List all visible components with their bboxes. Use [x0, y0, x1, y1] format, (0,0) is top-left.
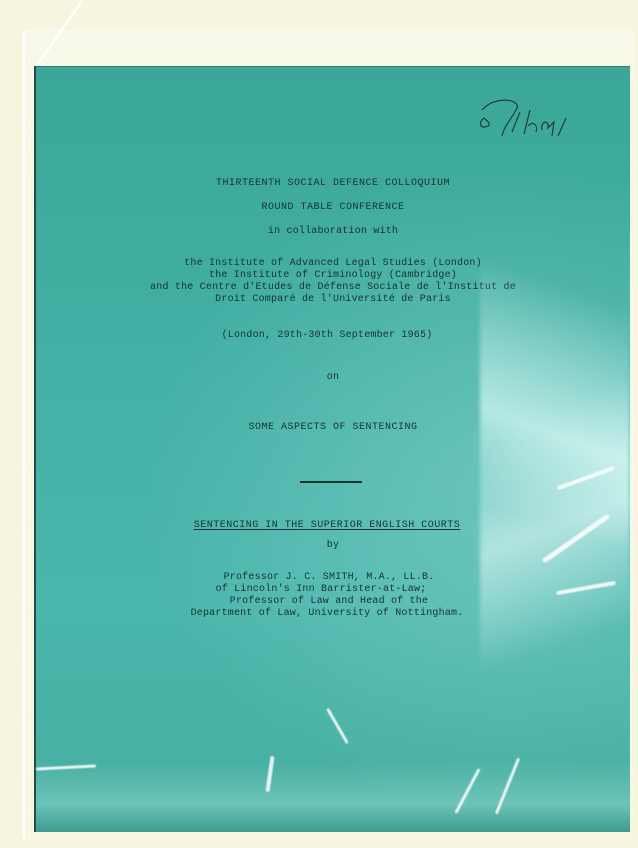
author-line: Professor of Law and Head of the [32, 596, 626, 608]
by-label: by [36, 540, 630, 552]
plastic-crease [454, 768, 480, 814]
author-line: Professor J. C. SMITH, M.A., LL.B. [32, 572, 626, 584]
handwritten-annotation: 3/1641 [476, 96, 586, 146]
institution-line: the Institute of Advanced Legal Studies … [36, 258, 630, 270]
plastic-crease [36, 764, 96, 770]
conference-title: ROUND TABLE CONFERENCE [36, 202, 630, 214]
plastic-crease [326, 708, 349, 744]
divider-rule [300, 481, 362, 483]
place-date: (London, 29th-30th September 1965) [30, 330, 624, 342]
on-label: on [36, 372, 630, 384]
plastic-glare-bottom [36, 762, 630, 832]
paper-title: SENTENCING IN THE SUPERIOR ENGLISH COURT… [30, 520, 624, 532]
institution-line: and the Centre d'Etudes de Défense Socia… [36, 282, 630, 294]
plastic-crease [266, 756, 275, 792]
institution-line: Droit Comparé de l'Université de Paris [36, 294, 630, 306]
document-page: 3/1641 THIRTEENTH SOCIAL DEFENCE COLLOQU… [34, 66, 630, 832]
colloquium-title: THIRTEENTH SOCIAL DEFENCE COLLOQUIUM [36, 178, 630, 190]
institution-line: the Institute of Criminology (Cambridge) [36, 270, 630, 282]
topic-title: SOME ASPECTS OF SENTENCING [36, 422, 630, 434]
plastic-crease [557, 466, 615, 490]
author-line: Department of Law, University of Notting… [30, 608, 624, 620]
author-line: of Lincoln's Inn Barrister-at-Law; [24, 584, 618, 596]
plastic-crease [495, 758, 520, 815]
collaboration-text: in collaboration with [36, 226, 630, 238]
